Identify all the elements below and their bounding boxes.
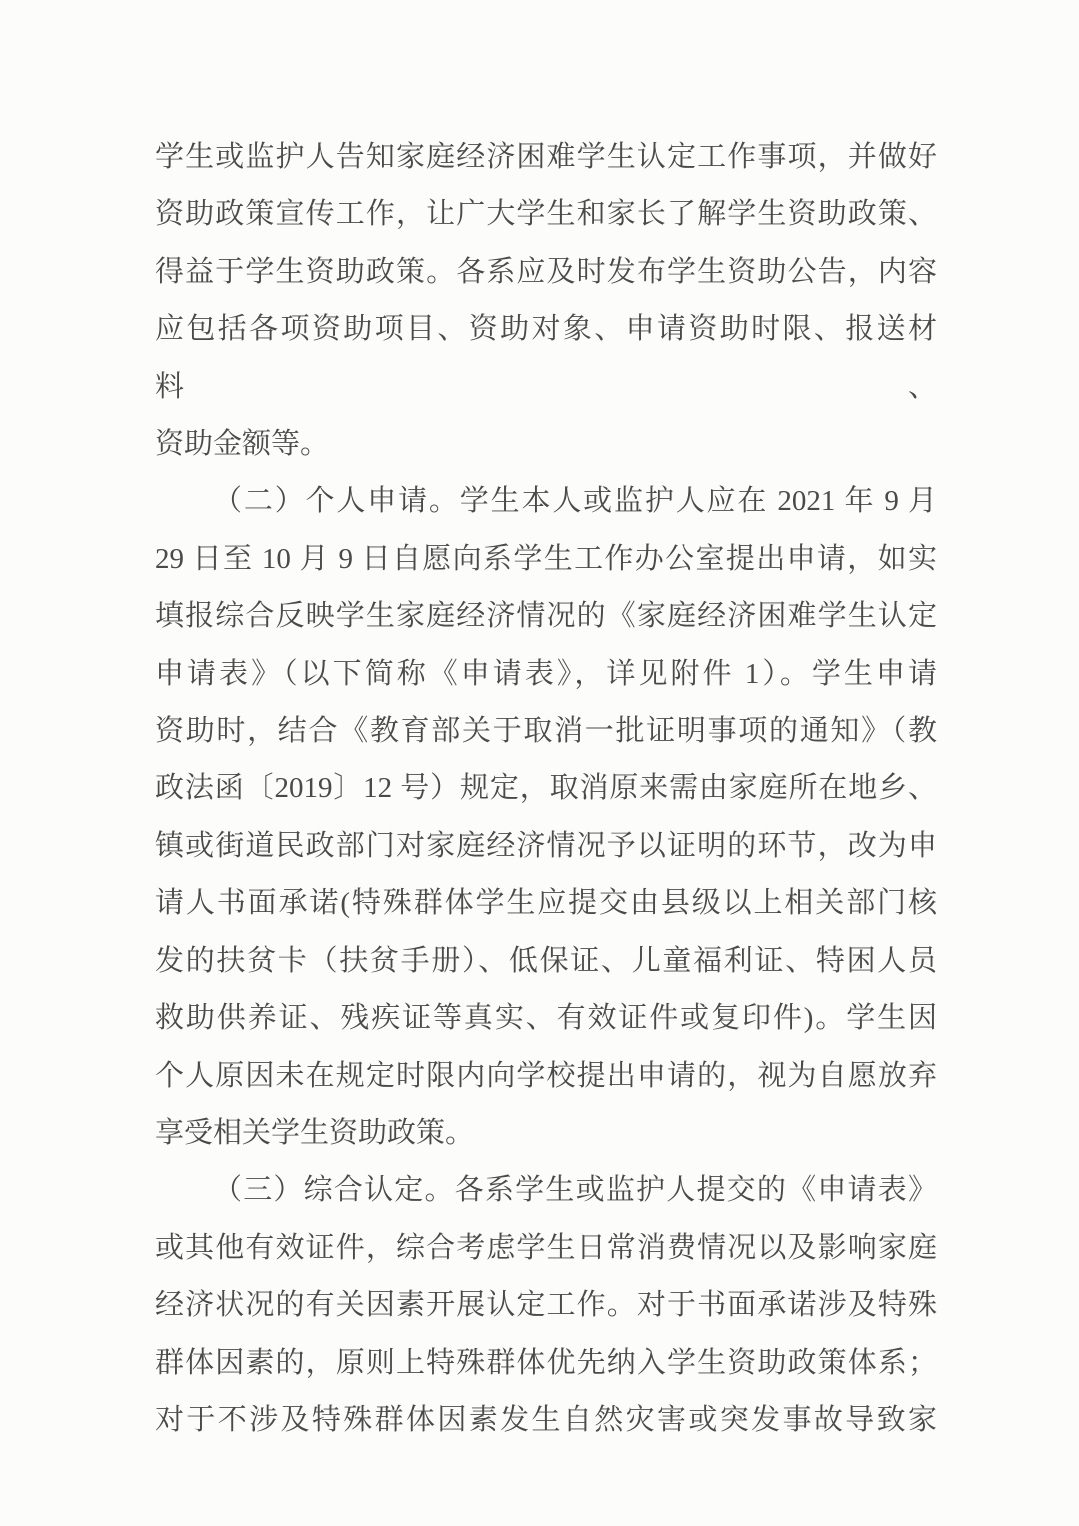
text-line: 或其他有效证件，综合考虑学生日常消费情况以及影响家庭 — [155, 1220, 937, 1277]
text-line: 救助供养证、残疾证等真实、有效证件或复印件)。学生因 — [155, 990, 937, 1047]
text-line: （二）个人申请。学生本人或监护人应在 2021 年 9 月 — [155, 473, 937, 530]
text-line: 学生或监护人告知家庭经济困难学生认定工作事项，并做好 — [155, 129, 937, 186]
text-line: 请人书面承诺(特殊群体学生应提交由县级以上相关部门核 — [155, 875, 937, 932]
text-line: 资助时，结合《教育部关于取消一批证明事项的通知》（教 — [155, 703, 937, 760]
paragraph: （三）综合认定。各系学生或监护人提交的《申请表》或其他有效证件，综合考虑学生日常… — [155, 1162, 937, 1449]
text-line: 个人原因未在规定时限内向学校提出申请的，视为自愿放弃 — [155, 1048, 937, 1105]
document-body: 学生或监护人告知家庭经济困难学生认定工作事项，并做好资助政策宣传工作，让广大学生… — [155, 129, 937, 1449]
text-line: 享受相关学生资助政策。 — [155, 1105, 937, 1162]
text-line: 应包括各项资助项目、资助对象、申请资助时限、报送材料、 — [155, 301, 937, 416]
text-line: 政法函〔2019〕12 号）规定，取消原来需由家庭所在地乡、 — [155, 760, 937, 817]
text-line: 发的扶贫卡（扶贫手册）、低保证、儿童福利证、特困人员 — [155, 933, 937, 990]
text-line: 得益于学生资助政策。各系应及时发布学生资助公告，内容 — [155, 244, 937, 301]
text-line: 资助政策宣传工作，让广大学生和家长了解学生资助政策、 — [155, 186, 937, 243]
paragraph: 学生或监护人告知家庭经济困难学生认定工作事项，并做好资助政策宣传工作，让广大学生… — [155, 129, 937, 473]
text-line: 经济状况的有关因素开展认定工作。对于书面承诺涉及特殊 — [155, 1277, 937, 1334]
text-line: 镇或街道民政部门对家庭经济情况予以证明的环节，改为申 — [155, 818, 937, 875]
text-line: （三）综合认定。各系学生或监护人提交的《申请表》 — [155, 1162, 937, 1219]
text-line: 申请表》（以下简称《申请表》，详见附件 1）。学生申请 — [155, 646, 937, 703]
paragraph: （二）个人申请。学生本人或监护人应在 2021 年 9 月29 日至 10 月 … — [155, 473, 937, 1162]
text-line: 对于不涉及特殊群体因素发生自然灾害或突发事故导致家 — [155, 1392, 937, 1449]
text-line: 群体因素的，原则上特殊群体优先纳入学生资助政策体系； — [155, 1335, 937, 1392]
text-line: 填报综合反映学生家庭经济情况的《家庭经济困难学生认定 — [155, 588, 937, 645]
document-page: 学生或监护人告知家庭经济困难学生认定工作事项，并做好资助政策宣传工作，让广大学生… — [0, 0, 1079, 1526]
text-line: 29 日至 10 月 9 日自愿向系学生工作办公室提出申请，如实 — [155, 531, 937, 588]
text-line: 资助金额等。 — [155, 416, 937, 473]
